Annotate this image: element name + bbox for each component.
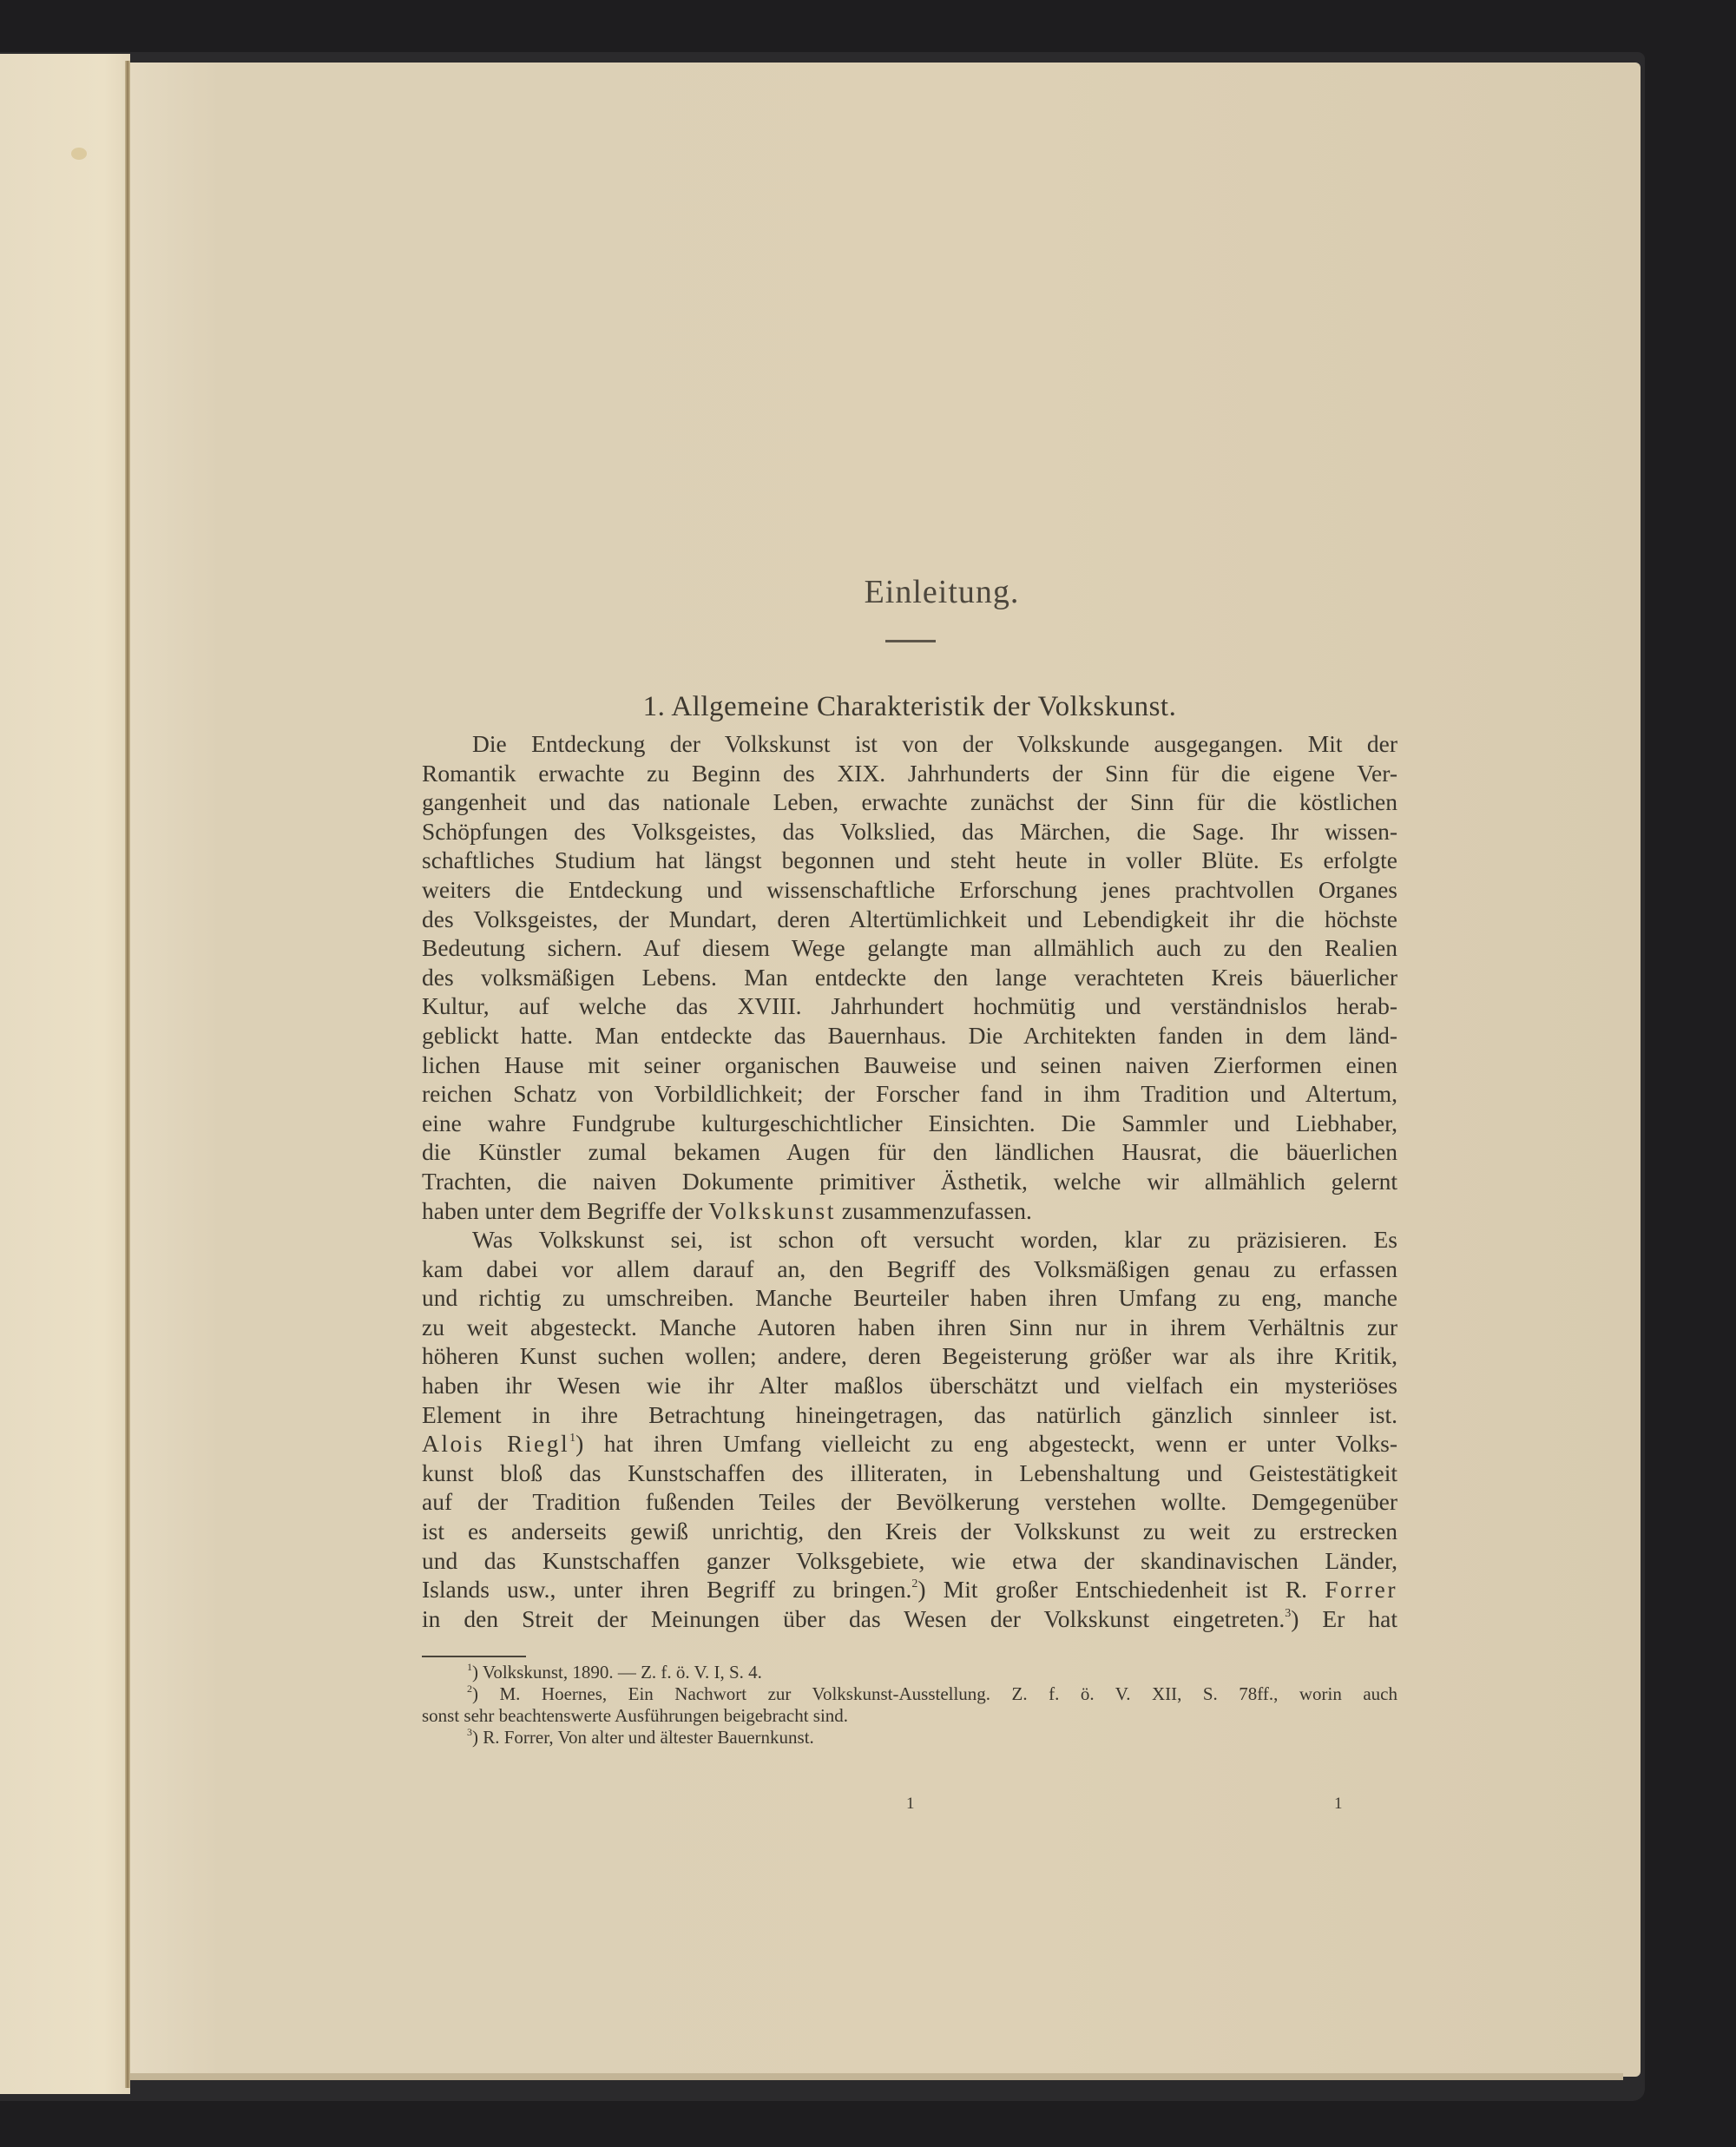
- text-fragment: zusammenzufassen.: [836, 1197, 1032, 1224]
- footnote-text: ) Volkskunst, 1890. — Z. f. ö. V. I, S. …: [472, 1662, 762, 1683]
- footnote-1: 1) Volkskunst, 1890. — Z. f. ö. V. I, S.…: [422, 1662, 1397, 1683]
- text-line: Romantik erwachte zu Beginn des XIX. Jah…: [422, 759, 1397, 788]
- signature-mark: 1: [1334, 1795, 1343, 1814]
- text-fragment: ) Er hat: [1291, 1605, 1397, 1632]
- paper-stain: [71, 148, 87, 160]
- section-title: 1. Allgemeine Charakteristik der Volksku…: [422, 691, 1397, 723]
- footnote-text: ) M. Hoernes, Ein Nachwort zur Volkskuns…: [472, 1683, 1397, 1704]
- text-line: eine wahre Fundgrube kulturgeschichtlich…: [422, 1109, 1397, 1138]
- text-line: kunst bloß das Kunstschaffen des illiter…: [422, 1459, 1397, 1488]
- footnote-rule: [422, 1656, 526, 1657]
- text-line: ist es anderseits gewiß unrichtig, den K…: [422, 1517, 1397, 1546]
- text-line: die Künstler zumal bekamen Augen für den…: [422, 1137, 1397, 1167]
- text-line: schaftliches Studium hat längst begonnen…: [422, 846, 1397, 875]
- text-line: Schöpfungen des Volksgeistes, das Volksl…: [422, 817, 1397, 846]
- text-line: lichen Hause mit seiner organischen Bauw…: [422, 1050, 1397, 1080]
- body-text: Die Entdeckung der Volkskunst ist von de…: [422, 729, 1397, 1633]
- text-line: haben ihr Wesen wie ihr Alter maßlos übe…: [422, 1371, 1397, 1400]
- text-line: gangenheit und das nationale Leben, erwa…: [422, 787, 1397, 817]
- text-line: Trachten, die naiven Dokumente primitive…: [422, 1167, 1397, 1196]
- emphasized-term: Volkskunst: [708, 1197, 836, 1224]
- text-line: und das Kunstschaffen ganzer Volksgebiet…: [422, 1546, 1397, 1576]
- text-line: Kultur, auf welche das XVIII. Jahrhunder…: [422, 991, 1397, 1021]
- text-line: kam dabei vor allem darauf an, den Begri…: [422, 1255, 1397, 1284]
- text-line: weiters die Entdeckung und wissenschaftl…: [422, 875, 1397, 905]
- text-fragment: in den Streit der Meinungen über das Wes…: [422, 1605, 1285, 1632]
- text-line: Was Volkskunst sei, ist schon oft versuc…: [422, 1225, 1397, 1255]
- text-line: und richtig zu umschreiben. Manche Beurt…: [422, 1283, 1397, 1313]
- text-line: Bedeutung sichern. Auf diesem Wege gelan…: [422, 933, 1397, 963]
- text-line: des Volksgeistes, der Mundart, deren Alt…: [422, 905, 1397, 934]
- page-number: 1: [906, 1795, 915, 1814]
- text-line: Alois Riegl1) hat ihren Umfang vielleich…: [422, 1429, 1397, 1459]
- left-page-edge: [0, 54, 130, 2094]
- text-fragment: haben unter dem Begriffe der: [422, 1197, 708, 1224]
- text-line: des volksmäßigen Lebens. Man entdeckte d…: [422, 963, 1397, 992]
- author-name-riegl: Alois Riegl: [422, 1430, 569, 1457]
- text-line: höheren Kunst suchen wollen; andere, der…: [422, 1341, 1397, 1371]
- footnote-text: ) R. Forrer, Von alter und ältester Baue…: [472, 1727, 814, 1748]
- footnotes: 1) Volkskunst, 1890. — Z. f. ö. V. I, S.…: [422, 1662, 1397, 1749]
- text-line: zu weit abgesteckt. Manche Autoren haben…: [422, 1313, 1397, 1342]
- author-name-forrer: Forrer: [1325, 1576, 1397, 1603]
- text-fragment: ) hat ihren Umfang vielleicht zu eng abg…: [575, 1430, 1397, 1457]
- footnote-2-continuation: sonst sehr beachtenswerte Ausführungen b…: [422, 1705, 1397, 1727]
- text-fragment: ) Mit großer Entschiedenheit ist R.: [917, 1576, 1325, 1603]
- text-line: Element in ihre Betrachtung hineingetrag…: [422, 1400, 1397, 1430]
- text-line: in den Streit der Meinungen über das Wes…: [422, 1604, 1397, 1634]
- text-line: haben unter dem Begriffe der Volkskunst …: [422, 1196, 1397, 1226]
- chapter-title: Einleitung.: [0, 573, 1736, 611]
- footnote-2: 2) M. Hoernes, Ein Nachwort zur Volkskun…: [422, 1683, 1397, 1705]
- footnote-3: 3) R. Forrer, Von alter und ältester Bau…: [422, 1727, 1397, 1749]
- page-stack-edge: [130, 2073, 1623, 2080]
- text-line: Islands usw., unter ihren Begriff zu bri…: [422, 1575, 1397, 1604]
- title-rule: [885, 640, 936, 642]
- text-line: Die Entdeckung der Volkskunst ist von de…: [422, 729, 1397, 759]
- text-line: geblickt hatte. Man entdeckte das Bauern…: [422, 1021, 1397, 1050]
- text-line: auf der Tradition fußenden Teiles der Be…: [422, 1487, 1397, 1517]
- text-line: reichen Schatz von Vorbildlichkeit; der …: [422, 1079, 1397, 1109]
- text-fragment: Islands usw., unter ihren Begriff zu bri…: [422, 1576, 911, 1603]
